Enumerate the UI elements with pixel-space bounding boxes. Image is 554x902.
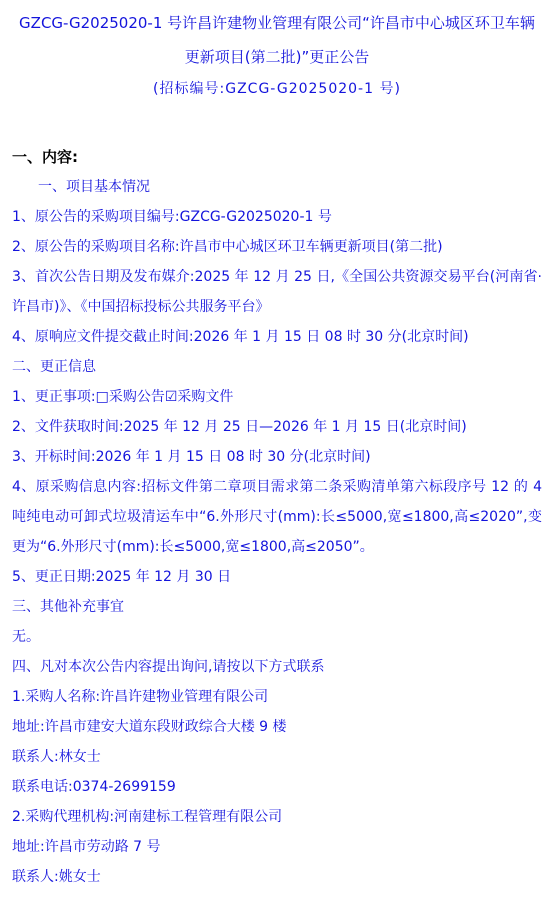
- para-purchaser-phone: 联系电话:0374-2699159: [12, 772, 542, 802]
- section-correction-info-heading: 二、更正信息: [12, 352, 542, 382]
- para-original-project-name: 2、原公告的采购项目名称:许昌市中心城区环卫车辆更新项目(第二批): [12, 232, 542, 262]
- tender-number: (招标编号:GZCG-G2025020-1 号): [12, 74, 542, 104]
- section-content-heading: 一、内容:: [12, 142, 542, 172]
- para-original-response-deadline: 4、原响应文件提交截止时间:2026 年 1 月 15 日 08 时 30 分(…: [12, 322, 542, 352]
- section-other-matters-heading: 三、其他补充事宜: [12, 592, 542, 622]
- para-agency-contact-person: 联系人:姚女士: [12, 862, 542, 892]
- para-purchaser-name: 1.采购人名称:许昌许建物业管理有限公司: [12, 682, 542, 712]
- para-bid-opening-time: 3、开标时间:2026 年 1 月 15 日 08 时 30 分(北京时间): [12, 442, 542, 472]
- para-other-matters-none: 无。: [12, 622, 542, 652]
- para-purchaser-contact-person: 联系人:林女士: [12, 742, 542, 772]
- para-original-procurement-content: 4、原采购信息内容:招标文件第二章项目需求第二条采购清单第六标段序号 12 的 …: [12, 472, 542, 562]
- para-document-obtain-time: 2、文件获取时间:2025 年 12 月 25 日—2026 年 1 月 15 …: [12, 412, 542, 442]
- para-agency-address: 地址:许昌市劳动路 7 号: [12, 832, 542, 862]
- para-correction-items-checkboxes: 1、更正事项:□采购公告☑采购文件: [12, 382, 542, 412]
- announcement-document: GZCG-G2025020-1 号许昌许建物业管理有限公司“许昌市中心城区环卫车…: [0, 0, 554, 902]
- para-original-project-no: 1、原公告的采购项目编号:GZCG-G2025020-1 号: [12, 202, 542, 232]
- para-agency-name: 2.采购代理机构:河南建标工程管理有限公司: [12, 802, 542, 832]
- page-title: GZCG-G2025020-1 号许昌许建物业管理有限公司“许昌市中心城区环卫车…: [14, 6, 540, 74]
- para-purchaser-address: 地址:许昌市建安大道东段财政综合大楼 9 楼: [12, 712, 542, 742]
- para-correction-date: 5、更正日期:2025 年 12 月 30 日: [12, 562, 542, 592]
- section-contact-heading: 四、凡对本次公告内容提出询问,请按以下方式联系: [12, 652, 542, 682]
- para-first-announce-date-media: 3、首次公告日期及发布媒介:2025 年 12 月 25 日,《全国公共资源交易…: [12, 262, 542, 322]
- subsection-project-basic-info-heading: 一、项目基本情况: [12, 172, 542, 202]
